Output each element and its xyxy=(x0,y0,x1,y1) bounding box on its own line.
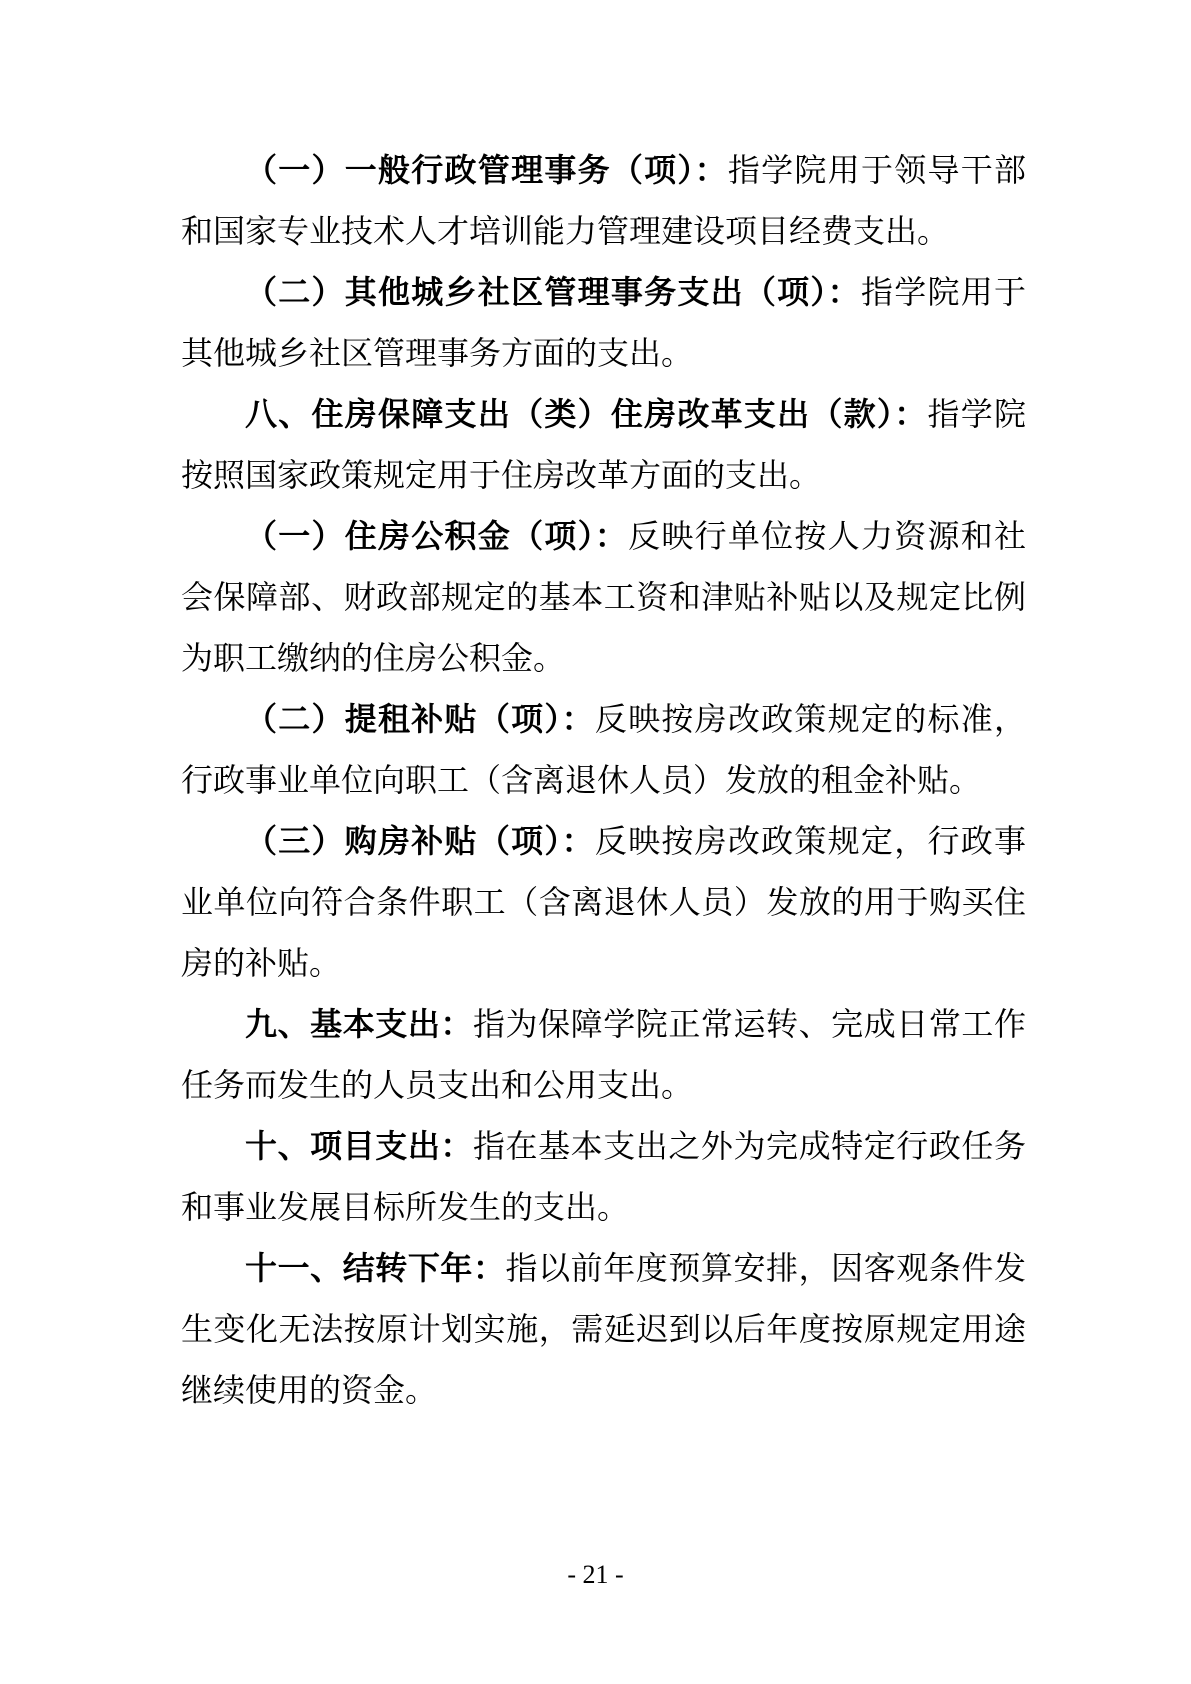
paragraph-lead: （二）提租补贴（项）： xyxy=(245,701,595,737)
document-body: （一）一般行政管理事务（项）：指学院用于领导干部和国家专业技术人才培训能力管理建… xyxy=(181,140,1026,1421)
paragraph: 八、住房保障支出（类）住房改革支出（款）：指学院按照国家政策规定用于住房改革方面… xyxy=(181,384,1026,506)
paragraph-lead: （一）住房公积金（项）： xyxy=(245,518,628,554)
paragraph: （一）一般行政管理事务（项）：指学院用于领导干部和国家专业技术人才培训能力管理建… xyxy=(181,140,1026,262)
paragraph: 十、项目支出：指在基本支出之外为完成特定行政任务和事业发展目标所发生的支出。 xyxy=(181,1116,1026,1238)
paragraph: 十一、结转下年：指以前年度预算安排，因客观条件发生变化无法按原计划实施，需延迟到… xyxy=(181,1238,1026,1421)
paragraph: （三）购房补贴（项）：反映按房改政策规定，行政事业单位向符合条件职工（含离退休人… xyxy=(181,811,1026,994)
paragraph-lead: （一）一般行政管理事务（项）： xyxy=(245,152,728,188)
paragraph-lead: （二）其他城乡社区管理事务支出（项）： xyxy=(245,274,861,310)
paragraph: （一）住房公积金（项）：反映行单位按人力资源和社会保障部、财政部规定的基本工资和… xyxy=(181,506,1026,689)
paragraph: （二）其他城乡社区管理事务支出（项）：指学院用于其他城乡社区管理事务方面的支出。 xyxy=(181,262,1026,384)
paragraph-lead: （三）购房补贴（项）： xyxy=(245,823,595,859)
page-number: - 21 - xyxy=(0,1560,1191,1590)
paragraph-lead: 十一、结转下年： xyxy=(245,1250,506,1286)
paragraph: （二）提租补贴（项）：反映按房改政策规定的标准，行政事业单位向职工（含离退休人员… xyxy=(181,689,1026,811)
paragraph-lead: 十、项目支出： xyxy=(245,1128,473,1164)
paragraph-lead: 九、基本支出： xyxy=(245,1006,473,1042)
paragraph-lead: 八、住房保障支出（类）住房改革支出（款）： xyxy=(245,396,927,432)
paragraph: 九、基本支出：指为保障学院正常运转、完成日常工作任务而发生的人员支出和公用支出。 xyxy=(181,994,1026,1116)
document-page: （一）一般行政管理事务（项）：指学院用于领导干部和国家专业技术人才培训能力管理建… xyxy=(0,0,1191,1684)
